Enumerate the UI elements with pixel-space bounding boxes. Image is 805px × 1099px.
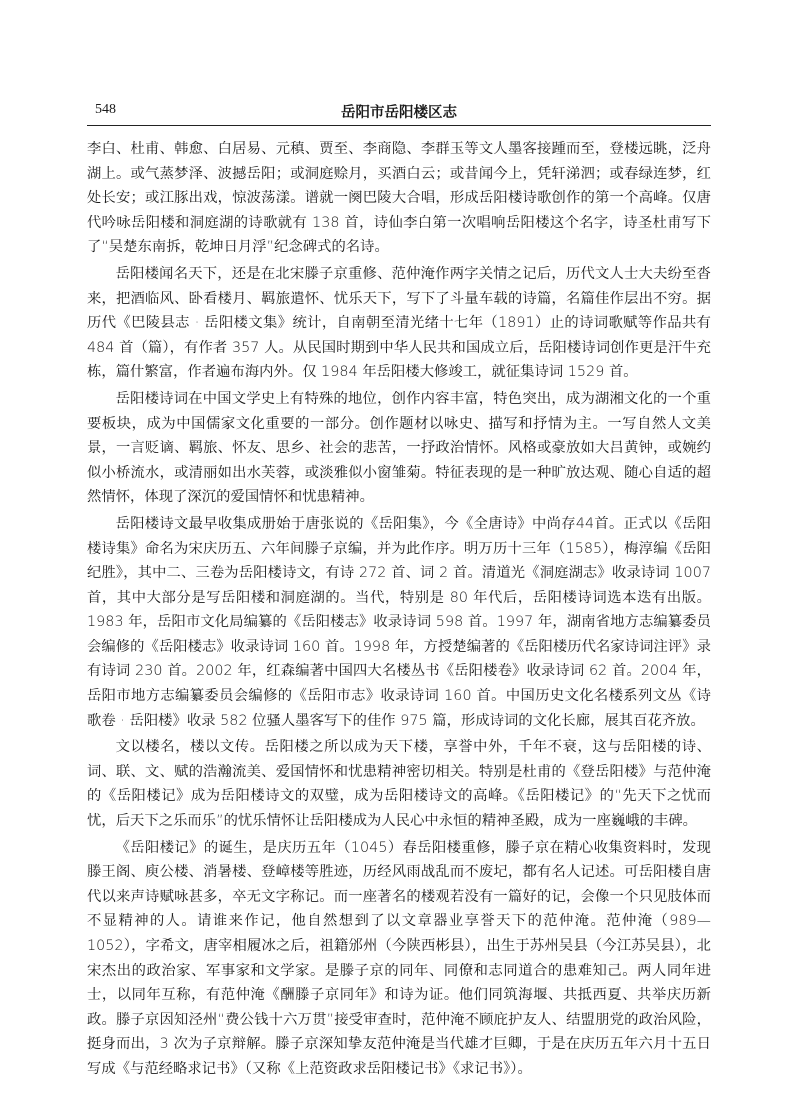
body-text: 李白、杜甫、韩愈、白居易、元稹、贾至、李商隐、李群玉等文人墨客接踵而至，登楼远眺…: [87, 137, 711, 1084]
document-page: 548 岳阳市岳阳楼区志 李白、杜甫、韩愈、白居易、元稹、贾至、李商隐、李群玉等…: [0, 0, 805, 1099]
paragraph-6: 《岳阳楼记》的诞生，是庆历五年（1045）春岳阳楼重修，滕子京在精心收集资料时，…: [87, 836, 711, 1082]
paragraph-1: 李白、杜甫、韩愈、白居易、元稹、贾至、李商隐、李群玉等文人墨客接踵而至，登楼远眺…: [87, 137, 711, 260]
page-header: 548 岳阳市岳阳楼区志: [87, 100, 711, 124]
paragraph-3: 岳阳楼诗词在中国文学史上有特殊的地位，创作内容丰富，特色突出，成为湖湘文化的一个…: [87, 387, 711, 510]
paragraph-5: 文以楼名，楼以文传。岳阳楼之所以成为天下楼，享誉中外，千年不衰，这与岳阳楼的诗、…: [87, 735, 711, 833]
paragraph-4: 岳阳楼诗文最早收集成册始于唐张说的《岳阳集》，今《全唐诗》中尚存44首。正式以《…: [87, 512, 711, 733]
header-rule: [87, 125, 711, 126]
paragraph-2: 岳阳楼闻名天下，还是在北宋滕子京重修、范仲淹作两字关情之记后，历代文人士大夫纷至…: [87, 262, 711, 385]
running-title: 岳阳市岳阳楼区志: [87, 101, 711, 122]
